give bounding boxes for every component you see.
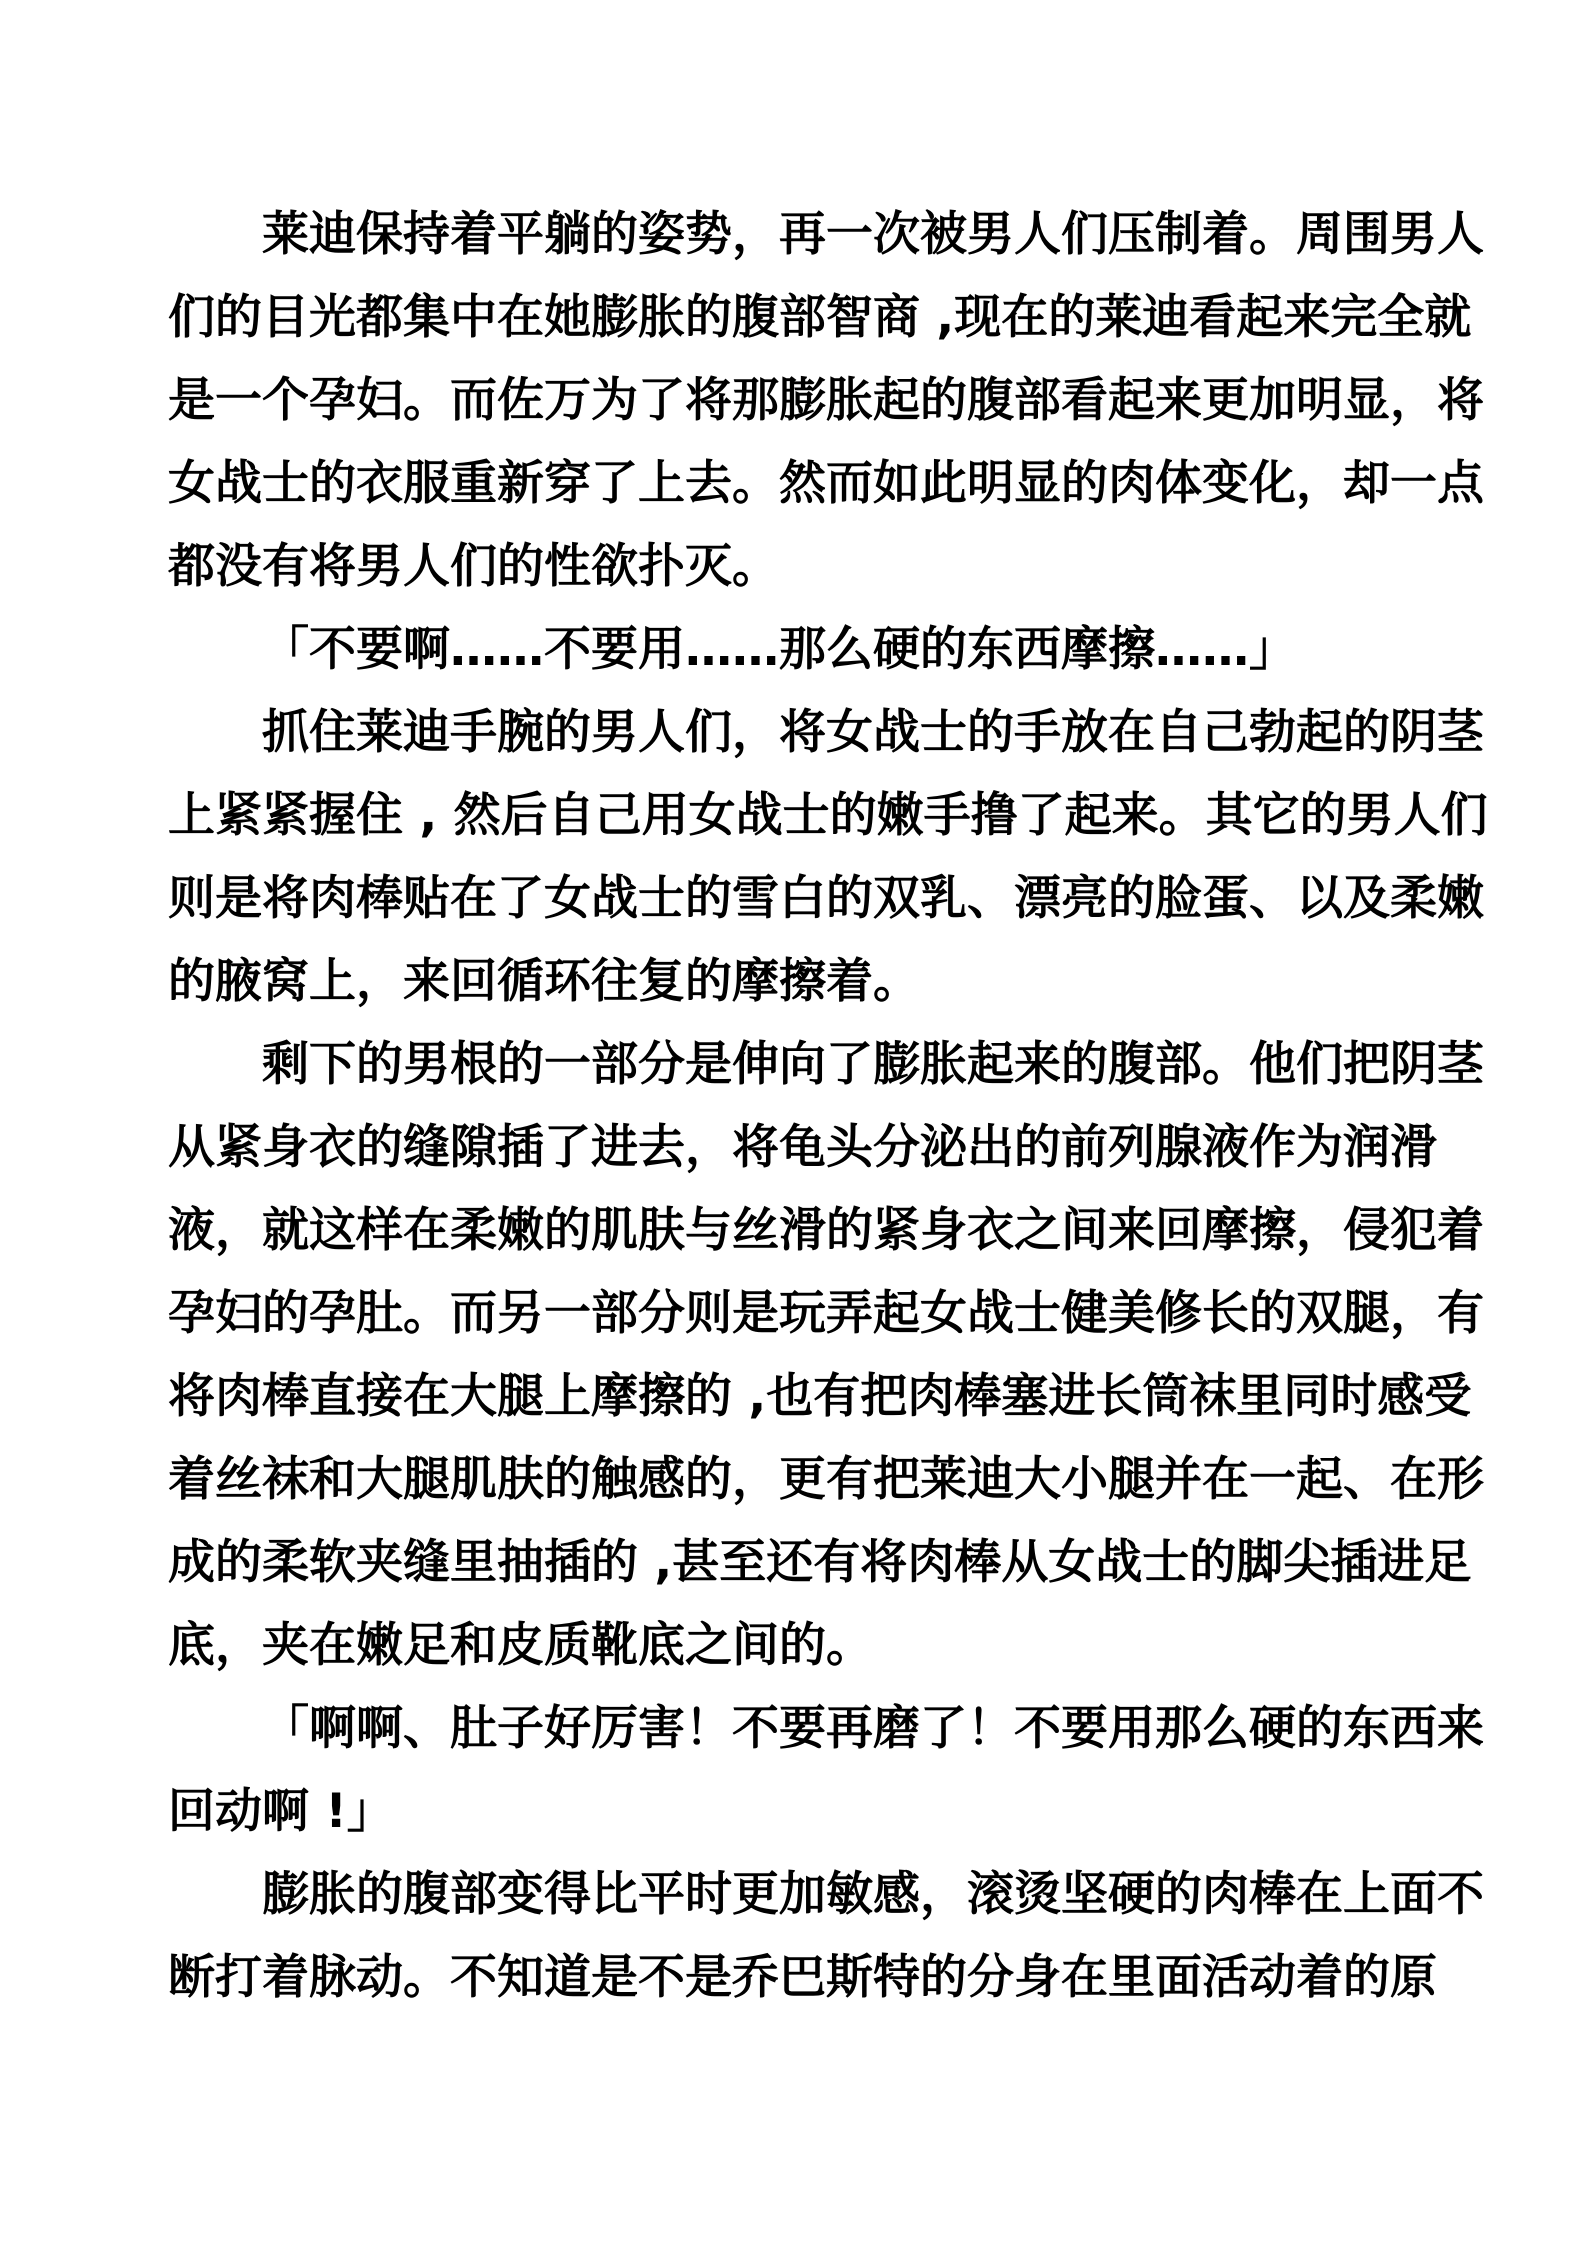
text-line: 抓住莱迪手腕的男人们，将女战士的手放在自己勃起的阴茎: [168, 691, 1448, 774]
text-line: 从紧身衣的缝隙插了进去，将龟头分泌出的前列腺液作为润滑: [168, 1106, 1448, 1189]
text-line: 女战士的衣服重新穿了上去。然而如此明显的肉体变化，却一点: [168, 442, 1448, 525]
document-page: 莱迪保持着平躺的姿势，再一次被男人们压制着。周围男人们的目光都集中在她膨胀的腹部…: [0, 0, 1587, 2245]
text-line: 液，就这样在柔嫩的肌肤与丝滑的紧身衣之间来回摩擦，侵犯着: [168, 1189, 1448, 1272]
text-line: 着丝袜和大腿肌肤的触感的，更有把莱迪大小腿并在一起、在形: [168, 1438, 1448, 1521]
text-line: 膨胀的腹部变得比平时更加敏感，滚烫坚硬的肉棒在上面不: [168, 1853, 1448, 1936]
text-line: 剩下的男根的一部分是伸向了膨胀起来的腹部。他们把阴茎: [168, 1023, 1448, 1106]
text-line: 「啊啊、肚子好厉害！不要再磨了！不要用那么硬的东西来: [168, 1687, 1448, 1770]
text-line: 的腋窝上，来回循环往复的摩擦着。: [168, 940, 1448, 1023]
text-line: 都没有将男人们的性欲扑灭。: [168, 525, 1448, 608]
text-line: 「不要啊……不要用……那么硬的东西摩擦……」: [168, 608, 1448, 691]
text-line: 上紧紧握住 , 然后自己用女战士的嫩手撸了起来。其它的男人们: [168, 774, 1448, 857]
text-line: 则是将肉棒贴在了女战士的雪白的双乳、漂亮的脸蛋、以及柔嫩: [168, 857, 1448, 940]
text-line: 回动啊 !」: [168, 1770, 1448, 1853]
text-line: 孕妇的孕肚。而另一部分则是玩弄起女战士健美修长的双腿，有: [168, 1272, 1448, 1355]
text-line: 断打着脉动。不知道是不是乔巴斯特的分身在里面活动着的原: [168, 1936, 1448, 2019]
text-line: 将肉棒直接在大腿上摩擦的 ,也有把肉棒塞进长筒袜里同时感受: [168, 1355, 1448, 1438]
body-text: 莱迪保持着平躺的姿势，再一次被男人们压制着。周围男人们的目光都集中在她膨胀的腹部…: [168, 193, 1448, 2019]
text-line: 是一个孕妇。而佐万为了将那膨胀起的腹部看起来更加明显，将: [168, 359, 1448, 442]
text-line: 成的柔软夹缝里抽插的 ,甚至还有将肉棒从女战士的脚尖插进足: [168, 1521, 1448, 1604]
text-line: 底，夹在嫩足和皮质靴底之间的。: [168, 1604, 1448, 1687]
text-line: 莱迪保持着平躺的姿势，再一次被男人们压制着。周围男人: [168, 193, 1448, 276]
text-line: 们的目光都集中在她膨胀的腹部智商 ,现在的莱迪看起来完全就: [168, 276, 1448, 359]
